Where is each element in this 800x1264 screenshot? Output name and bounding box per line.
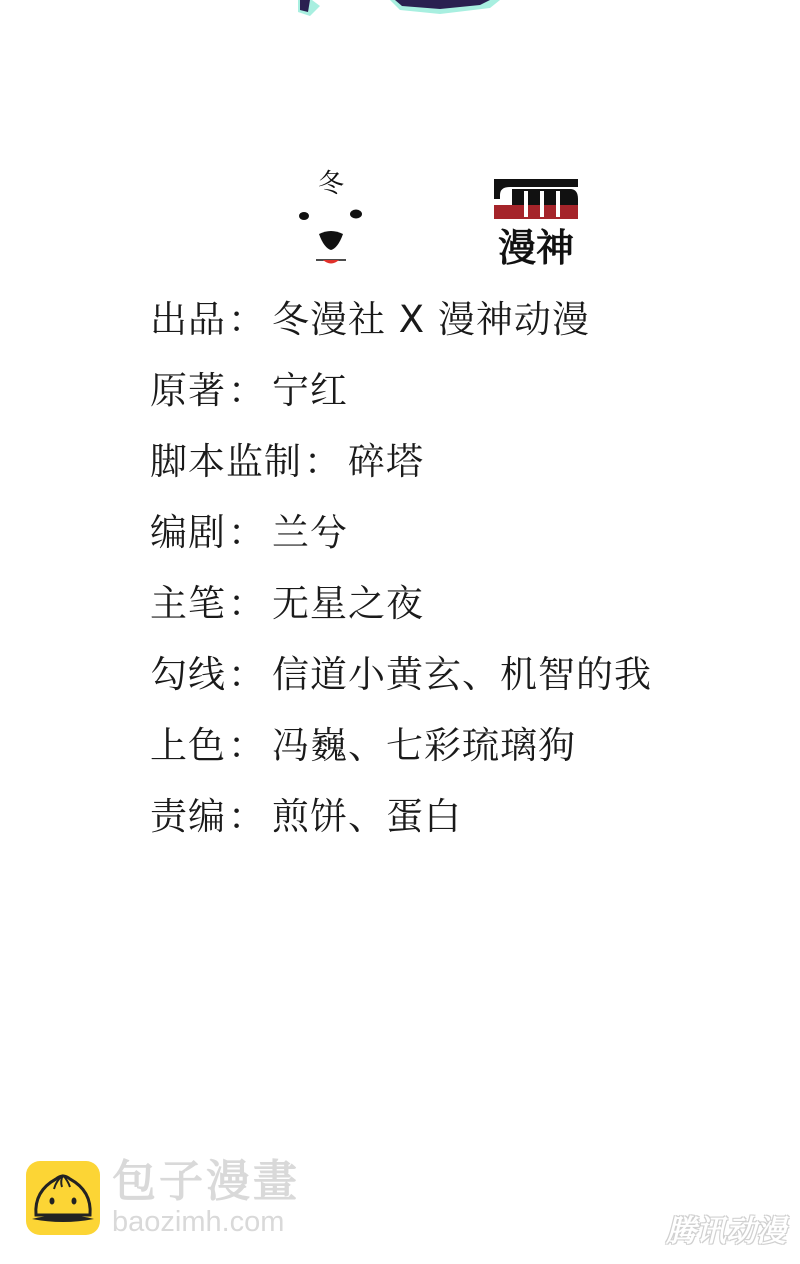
top-artwork-fragment xyxy=(290,0,530,20)
right-eye-icon xyxy=(350,210,362,219)
tongue-icon xyxy=(323,260,339,264)
credit-line-art: 勾线：信道小黄玄、机智的我 xyxy=(150,647,652,718)
credit-original-author: 原著：宁红 xyxy=(150,363,652,434)
credit-screenwriter: 编剧：兰兮 xyxy=(150,505,652,576)
credit-producer: 出品：冬漫社 X 漫神动漫 xyxy=(150,292,652,363)
dong-char: 冬 xyxy=(318,169,344,199)
watermark-site-url: baozimh.com xyxy=(112,1206,300,1238)
nose-icon xyxy=(319,231,343,250)
svg-text:漫神: 漫神 xyxy=(498,226,574,265)
left-eye-icon xyxy=(299,212,309,220)
credit-coloring: 上色：冯巍、七彩琉璃狗 xyxy=(150,718,652,789)
credit-lead-artist: 主笔：无星之夜 xyxy=(150,576,652,647)
dongmanshe-logo: 冬 xyxy=(292,168,370,268)
tencent-comics-watermark: 腾讯动漫 xyxy=(666,1206,786,1250)
credits-list: 出品：冬漫社 X 漫神动漫 原著：宁红 脚本监制：碎塔 编剧：兰兮 主笔：无星之… xyxy=(150,292,652,860)
baozimh-watermark: 包子漫畫 baozimh.com xyxy=(26,1158,300,1238)
credit-editor: 责编：煎饼、蛋白 xyxy=(150,789,652,860)
watermark-site-name: 包子漫畫 xyxy=(112,1158,300,1206)
steamed-bun-icon xyxy=(26,1161,100,1235)
credit-script-supervisor: 脚本监制：碎塔 xyxy=(150,434,652,505)
manshen-logo: 漫神 xyxy=(490,175,582,265)
